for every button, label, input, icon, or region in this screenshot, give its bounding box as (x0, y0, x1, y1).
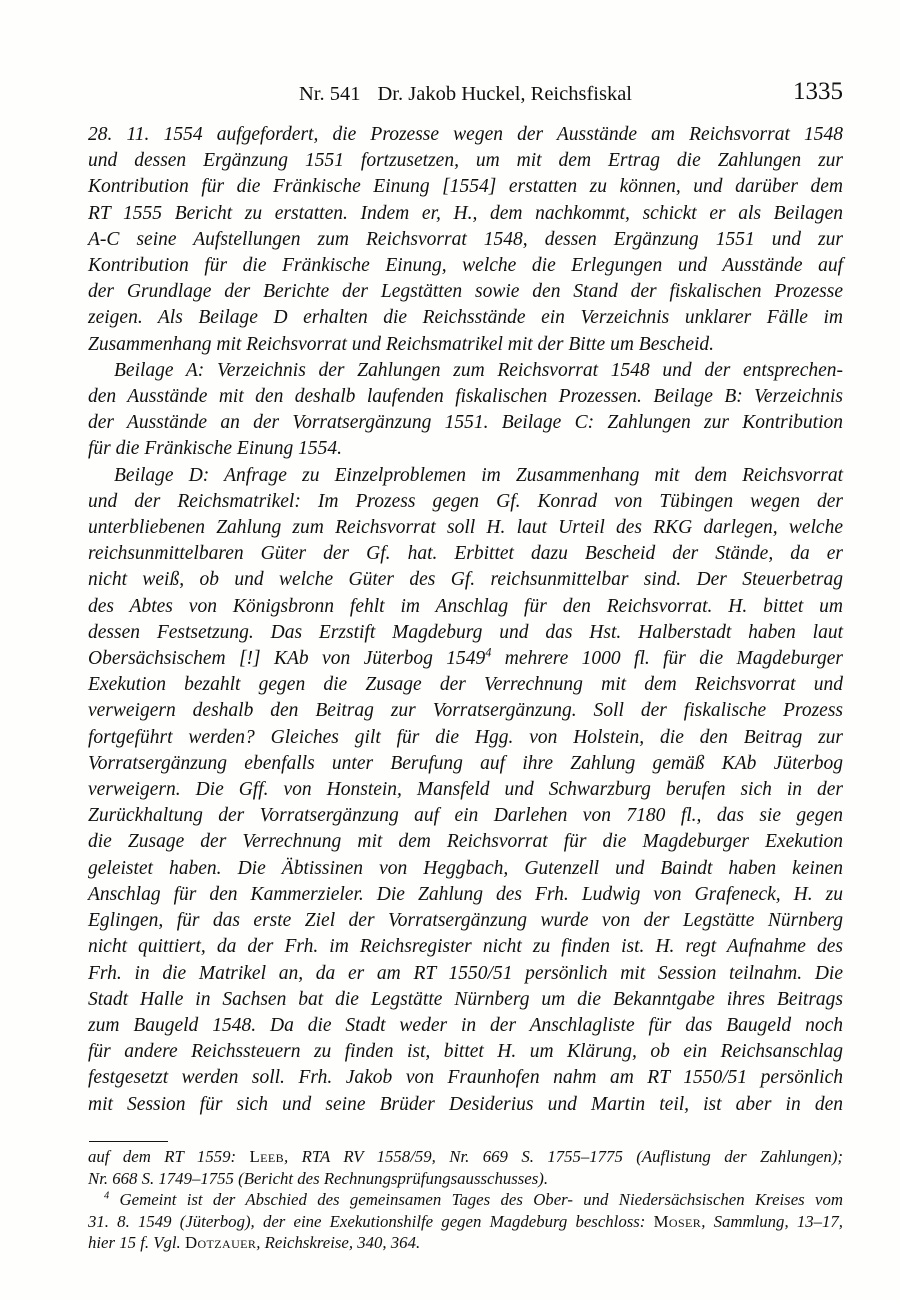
text-line: fortgeführt werden? Gleiches gilt für di… (88, 725, 843, 751)
text-line: hier 15 f. Vgl. Dotzauer, Reichskreise, … (88, 1232, 843, 1254)
text-line: 31. 8. 1549 (Jüterbog), der eine Exekuti… (88, 1211, 843, 1233)
text-line: des Abtes von Königsbronn fehlt im Ansch… (88, 594, 843, 620)
text-line: und der Reichsmatrikel: Im Prozess gegen… (88, 489, 843, 515)
text-line: mit Session für sich und seine Brüder De… (88, 1092, 843, 1118)
page-number: 1335 (88, 78, 843, 106)
text-line: der Ausstände an der Vorratsergänzung 15… (88, 410, 843, 436)
text-line: Zusammenhang mit Reichsvorrat und Reichs… (88, 332, 843, 358)
text-line: Beilage D: Anfrage zu Einzelproblemen im… (88, 463, 843, 489)
text-line: den Ausstände mit den deshalb laufenden … (88, 384, 843, 410)
body-text: 28. 11. 1554 aufgefordert, die Prozesse … (88, 122, 843, 1118)
text-line: Obersächsischem [!] KAb von Jüterbog 154… (88, 646, 843, 672)
book-page: Nr. 541Dr. Jakob Huckel, Reichsfiskal 13… (0, 0, 900, 1300)
text-line: Eglingen, für das erste Ziel der Vorrats… (88, 908, 843, 934)
footnote-marker: 4 (104, 1191, 109, 1202)
text-line: 28. 11. 1554 aufgefordert, die Prozesse … (88, 122, 843, 148)
text-line: auf dem RT 1559: Leeb, RTA RV 1558/59, N… (88, 1146, 843, 1168)
text-line: zum Baugeld 1548. Da die Stadt weder in … (88, 1013, 843, 1039)
text-line: verweigern. Die Gff. von Honstein, Mansf… (88, 777, 843, 803)
text-line: und dessen Ergänzung 1551 fortzusetzen, … (88, 148, 843, 174)
text-line: Vorratsergänzung ebenfalls unter Berufun… (88, 751, 843, 777)
text-line: Kontribution für die Fränkische Einung, … (88, 253, 843, 279)
text-line: Beilage A: Verzeichnis der Zahlungen zum… (88, 358, 843, 384)
text-line: A-C seine Aufstellungen zum Reichsvorrat… (88, 227, 843, 253)
text-line: für andere Reichssteuern zu finden ist, … (88, 1039, 843, 1065)
text-line: dessen Festsetzung. Das Erzstift Magdebu… (88, 620, 843, 646)
text-line: Anschlag für den Kammerzieler. Die Zahlu… (88, 882, 843, 908)
text-line: zeigen. Als Beilage D erhalten die Reich… (88, 305, 843, 331)
text-line: Nr. 668 S. 1749–1755 (Bericht des Rechnu… (88, 1168, 843, 1190)
footnotes-block: auf dem RT 1559: Leeb, RTA RV 1558/59, N… (88, 1146, 843, 1254)
text-line: nicht quittiert, da der Frh. im Reichsre… (88, 934, 843, 960)
text-line: Frh. in die Matrikel an, da er am RT 155… (88, 961, 843, 987)
footnote-separator-rule (89, 1141, 168, 1142)
text-line: festgesetzt werden soll. Frh. Jakob von … (88, 1065, 843, 1091)
text-line: die Zusage der Verrechnung mit dem Reich… (88, 829, 843, 855)
text-line: Zurückhaltung der Vorratsergänzung auf e… (88, 803, 843, 829)
text-line: nicht weiß, ob und welche Güter des Gf. … (88, 567, 843, 593)
text-line: Exekution bezahlt gegen die Zusage der V… (88, 672, 843, 698)
text-line: verweigern deshalb den Beitrag zur Vorra… (88, 698, 843, 724)
text-line: RT 1555 Bericht zu erstatten. Indem er, … (88, 201, 843, 227)
author-name: Moser (654, 1212, 702, 1231)
text-line: unterbliebenen Zahlung zum Reichsvorrat … (88, 515, 843, 541)
text-line: Kontribution für die Fränkische Einung [… (88, 174, 843, 200)
author-name: Leeb (250, 1147, 285, 1166)
text-line: Stadt Halle in Sachsen bat die Legstätte… (88, 987, 843, 1013)
text-line: für die Fränkische Einung 1554. (88, 436, 843, 462)
text-line: reichsunmittelbaren Güter der Gf. hat. E… (88, 541, 843, 567)
footnote-marker: 4 (485, 646, 491, 660)
text-line: der Grundlage der Berichte der Legstätte… (88, 279, 843, 305)
text-line: geleistet haben. Die Äbtissinen von Hegg… (88, 856, 843, 882)
author-name: Dotzauer (185, 1233, 256, 1252)
text-line: 4 Gemeint ist der Abschied des gemeinsam… (88, 1189, 843, 1211)
